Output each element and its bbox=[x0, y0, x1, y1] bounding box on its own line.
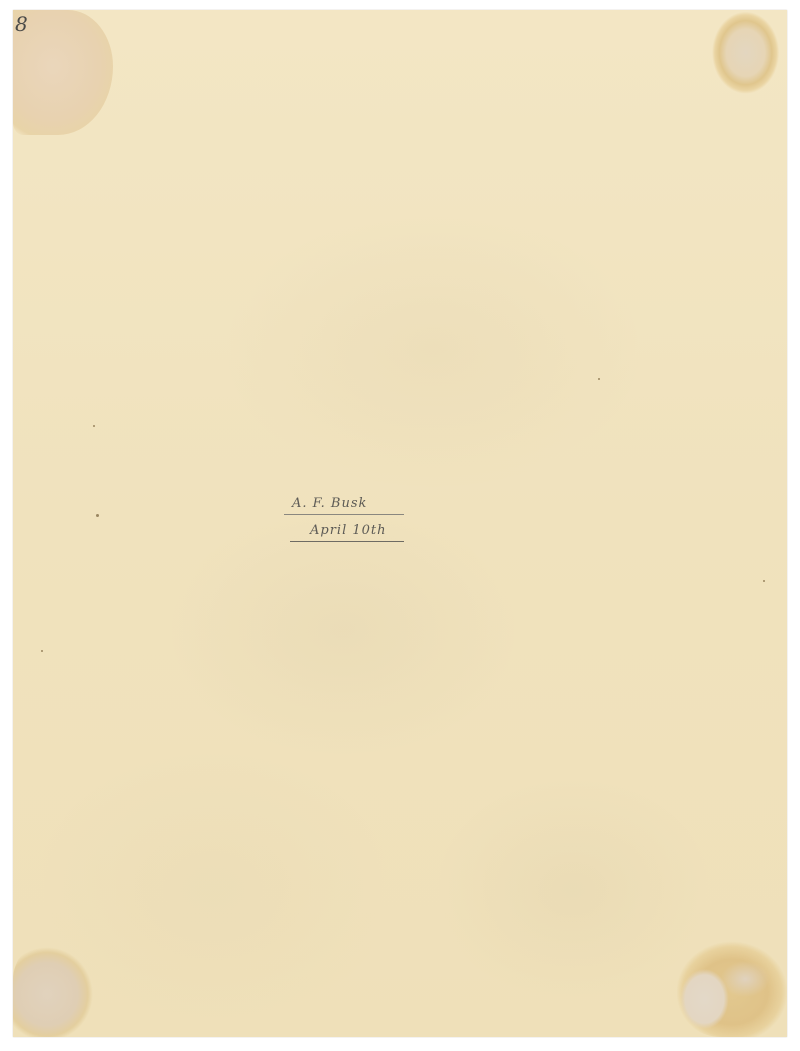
paper-speck bbox=[598, 378, 600, 380]
corner-stain-top-left bbox=[13, 10, 113, 135]
paper-speck bbox=[93, 425, 95, 427]
paper-speck bbox=[96, 514, 99, 517]
handwritten-note: A. F. Busk April 10th bbox=[284, 494, 404, 542]
page-number: 8 bbox=[15, 14, 28, 34]
paper-speck bbox=[41, 650, 43, 652]
corner-stain-bottom-right bbox=[677, 937, 787, 1037]
note-author: A. F. Busk bbox=[284, 494, 404, 515]
corner-stain-top-right bbox=[695, 10, 787, 105]
paper-speck bbox=[763, 580, 765, 582]
corner-stain-bottom-left bbox=[13, 942, 98, 1037]
note-date: April 10th bbox=[290, 521, 404, 542]
